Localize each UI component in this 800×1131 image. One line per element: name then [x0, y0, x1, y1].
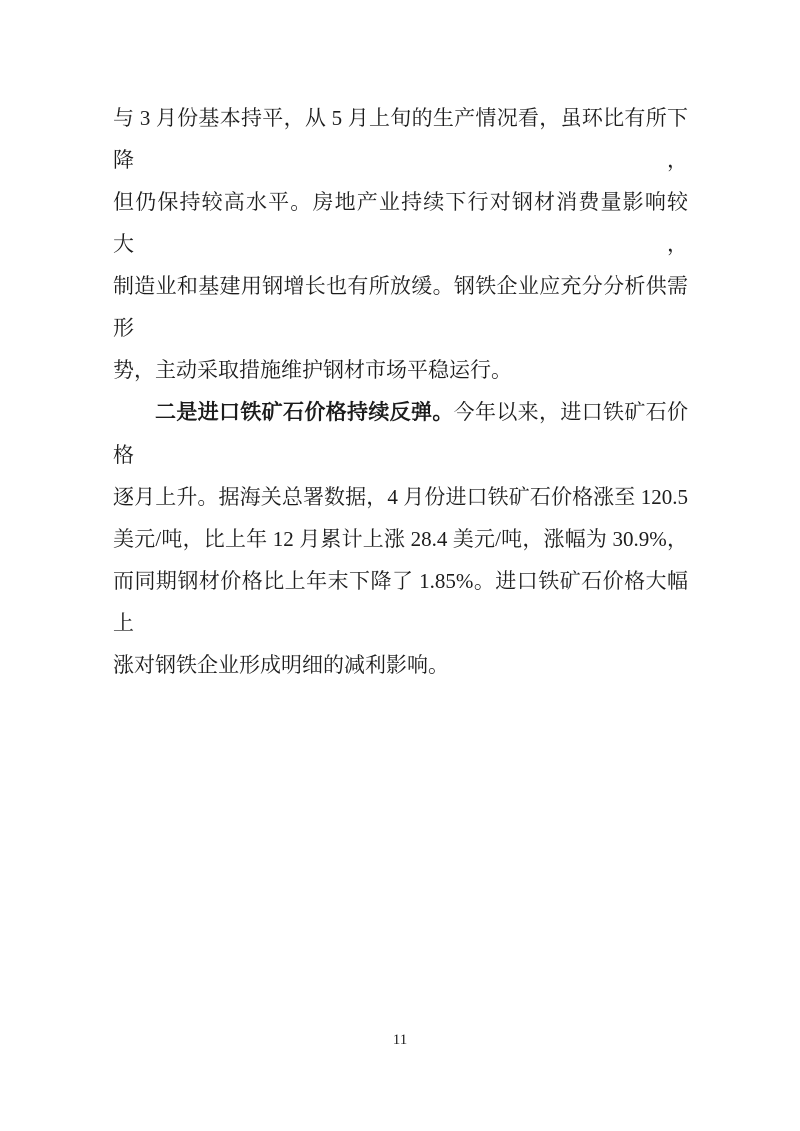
text-line: 二是进口铁矿石价格持续反弹。今年以来，进口铁矿石价格 — [113, 391, 688, 476]
paragraph-lead-bold: 二是进口铁矿石价格持续反弹。 — [155, 401, 454, 424]
document-page: 与 3 月份基本持平，从 5 月上旬的生产情况看，虽环比有所下降， 但仍保持较高… — [0, 0, 800, 1131]
text-line: 美元/吨，比上年 12 月累计上涨 28.4 美元/吨，涨幅为 30.9%， — [113, 518, 688, 560]
text-line: 涨对钢铁企业形成明细的减利影响。 — [113, 644, 688, 686]
text-line: 逐月上升。据海关总署数据，4 月份进口铁矿石价格涨至 120.5 — [113, 476, 688, 518]
text-line: 与 3 月份基本持平，从 5 月上旬的生产情况看，虽环比有所下降， — [113, 97, 688, 181]
page-number: 11 — [0, 1030, 800, 1050]
body-text: 与 3 月份基本持平，从 5 月上旬的生产情况看，虽环比有所下降， 但仍保持较高… — [113, 97, 688, 686]
text-line: 而同期钢材价格比上年末下降了 1.85%。进口铁矿石价格大幅上 — [113, 560, 688, 644]
text-line: 但仍保持较高水平。房地产业持续下行对钢材消费量影响较大， — [113, 181, 688, 265]
text-line: 势，主动采取措施维护钢材市场平稳运行。 — [113, 349, 688, 391]
text-line: 制造业和基建用钢增长也有所放缓。钢铁企业应充分分析供需形 — [113, 265, 688, 349]
